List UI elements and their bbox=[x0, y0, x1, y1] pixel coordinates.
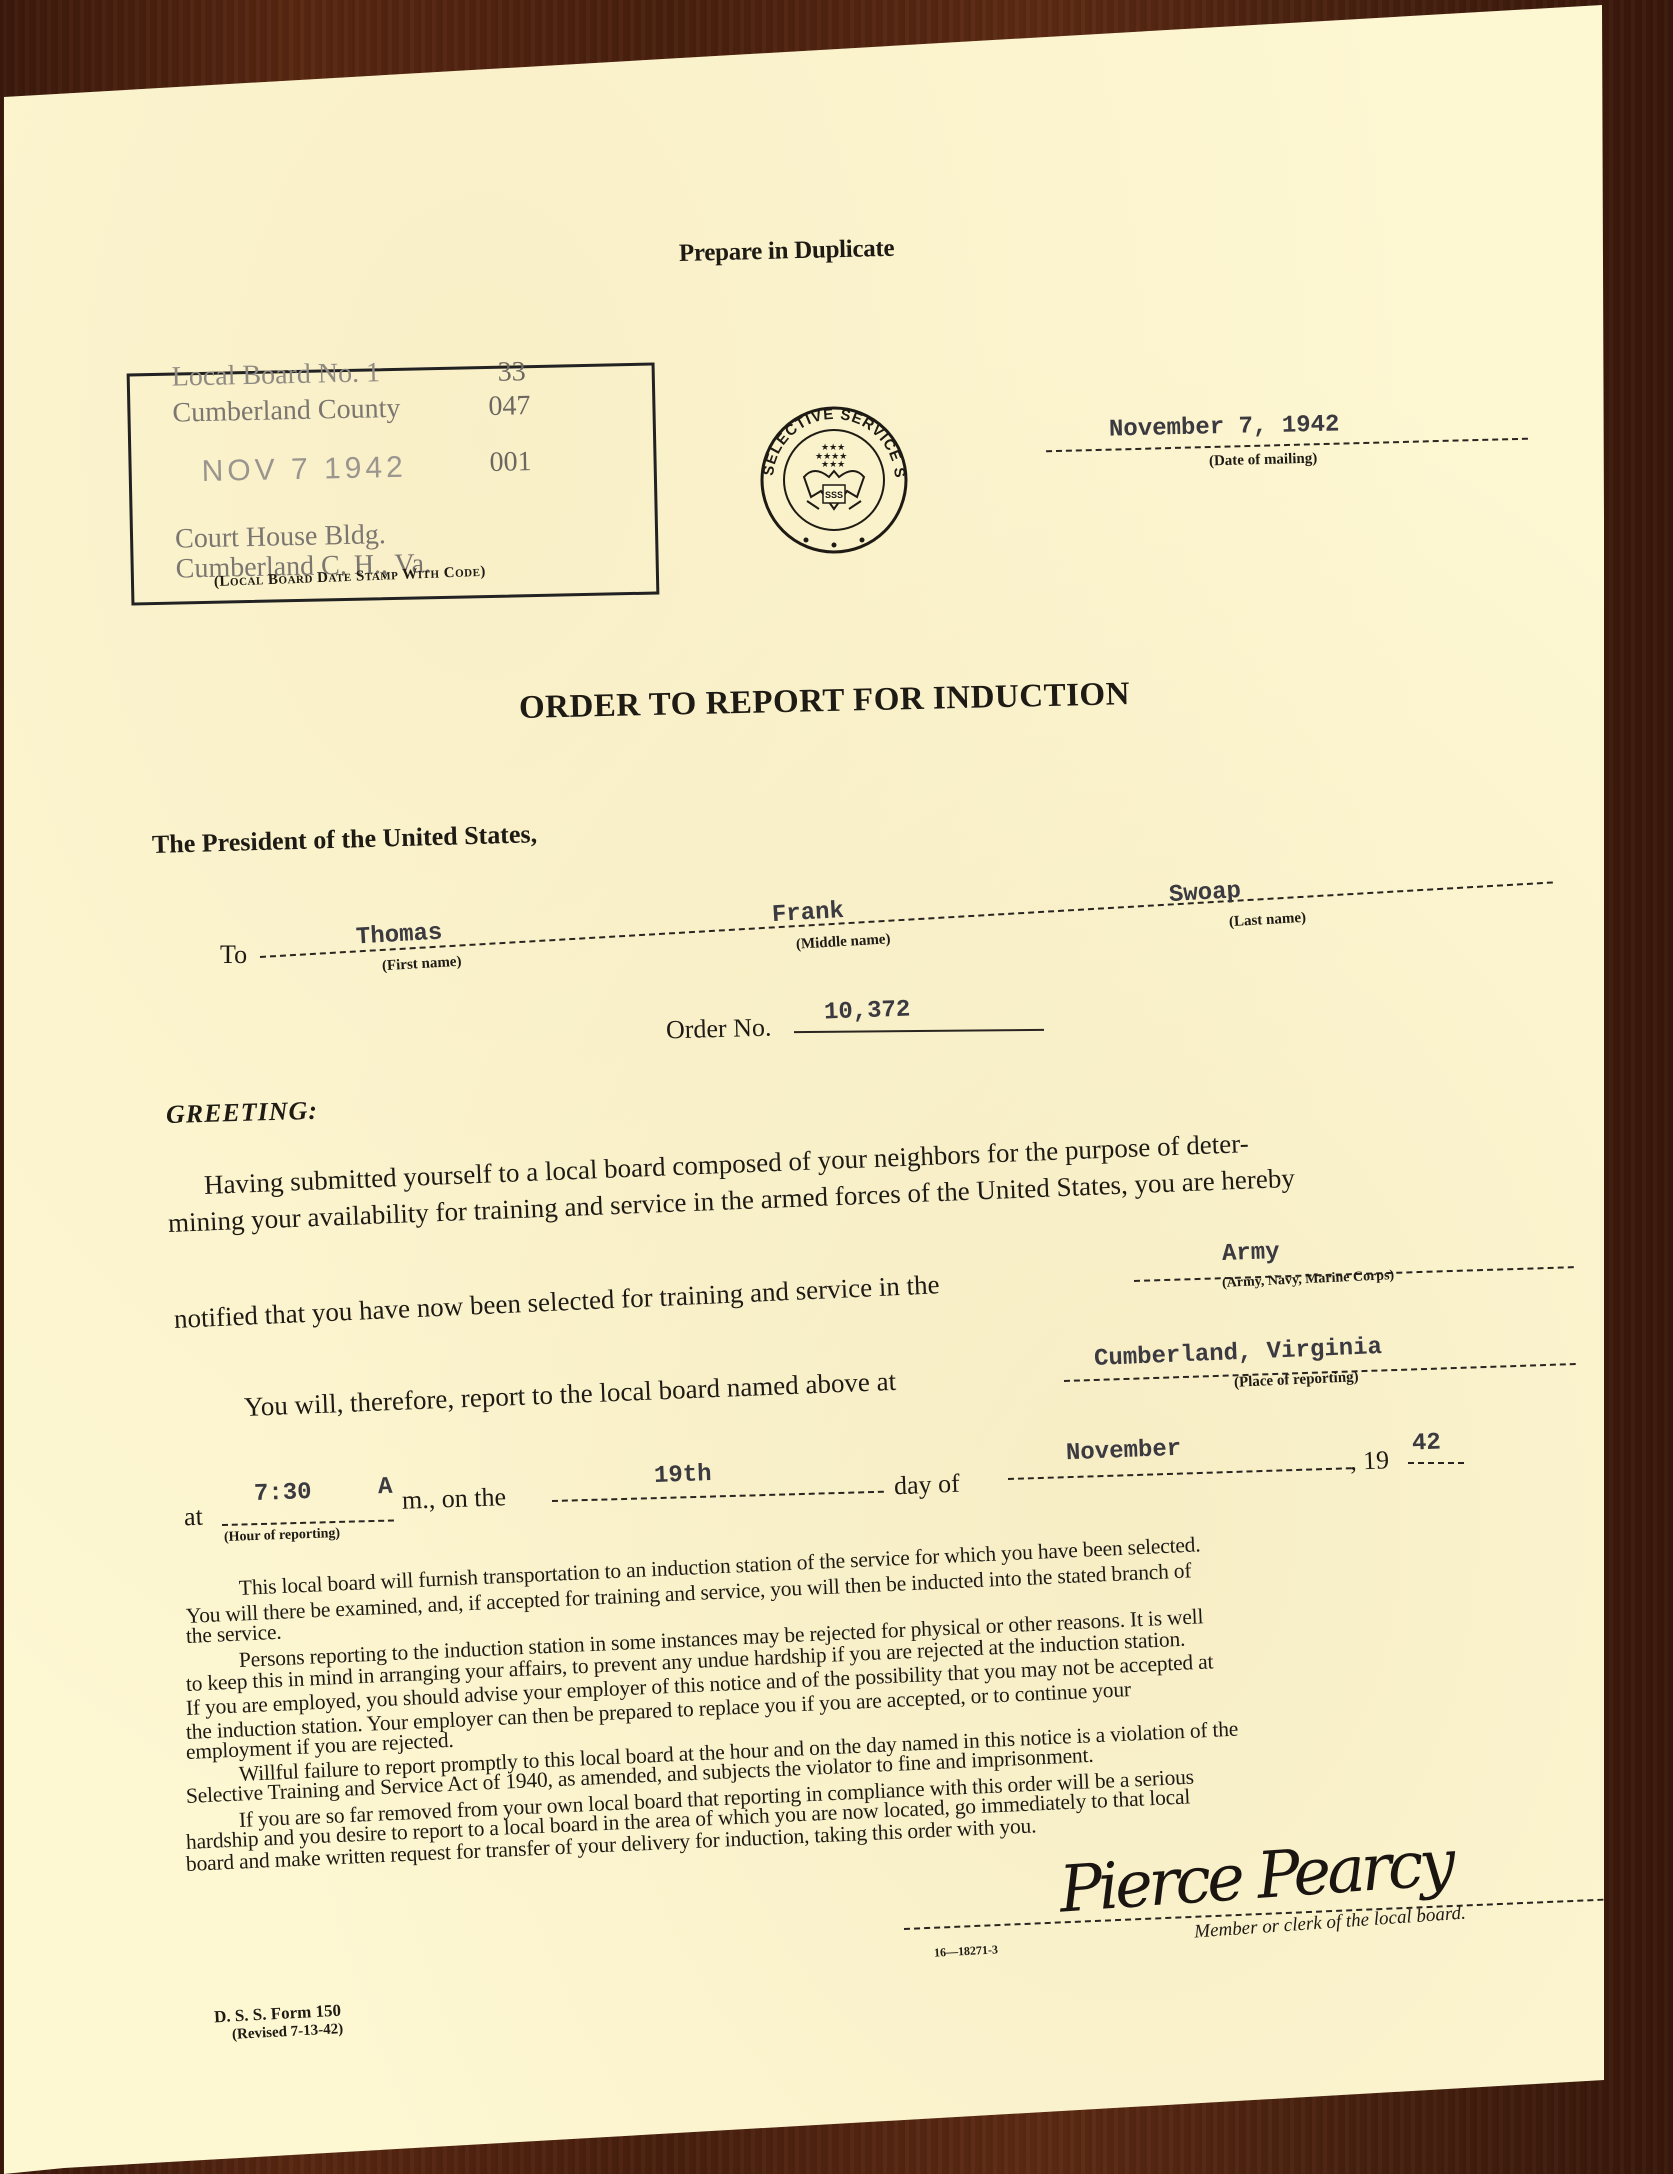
at-label: at bbox=[183, 1502, 203, 1533]
stamp-county: Cumberland County bbox=[172, 393, 400, 430]
page-title: ORDER TO REPORT FOR INDUCTION bbox=[519, 676, 1131, 727]
to-label: To bbox=[220, 940, 247, 970]
date-of-mailing-value: November 7, 1942 bbox=[1109, 411, 1340, 443]
hour-line bbox=[222, 1519, 394, 1526]
middle-name-caption: (Middle name) bbox=[796, 931, 891, 953]
salutation: The President of the United States, bbox=[152, 819, 538, 860]
prepare-in-duplicate-note: Prepare in Duplicate bbox=[679, 235, 895, 268]
order-number-label: Order No. bbox=[666, 1013, 772, 1046]
last-name-value: Swoap bbox=[1168, 878, 1241, 909]
stamp-code-3: 001 bbox=[489, 446, 532, 479]
eagle-seal-icon: SELECTIVE SERVICE SYSTEM ★★★ ★★★★ ★★★ SS… bbox=[749, 405, 919, 555]
stamp-date: NOV 7 1942 bbox=[201, 451, 407, 489]
order-number-value: 10,372 bbox=[824, 997, 911, 1027]
greeting-heading: GREETING: bbox=[166, 1096, 319, 1130]
branch-caption: (Army, Navy, Marine Corps) bbox=[1222, 1268, 1395, 1292]
hour-value: 7:30 bbox=[254, 1479, 313, 1508]
place-value: Cumberland, Virginia bbox=[1094, 1334, 1383, 1373]
middle-name-value: Frank bbox=[771, 898, 844, 929]
ampm-typed-value: A bbox=[378, 1474, 393, 1501]
year-suffix-value: 42 bbox=[1411, 1429, 1441, 1457]
branch-value: Army bbox=[1222, 1239, 1281, 1268]
day-line bbox=[552, 1491, 884, 1502]
order-number-line bbox=[794, 1029, 1044, 1033]
svg-text:★★★: ★★★ bbox=[821, 460, 845, 470]
name-line bbox=[260, 881, 1553, 958]
month-value: November bbox=[1066, 1436, 1182, 1468]
date-of-mailing-caption: (Date of mailing) bbox=[1209, 451, 1318, 471]
day-value: 19th bbox=[654, 1461, 713, 1490]
local-board-date-stamp: Local Board No. 1 Cumberland County NOV … bbox=[127, 362, 660, 605]
day-of-label: day of bbox=[893, 1469, 960, 1502]
paragraph1-line3: notified that you have now been selected… bbox=[173, 1269, 940, 1335]
report-line: You will, therefore, report to the local… bbox=[243, 1366, 896, 1423]
stamp-code-2: 047 bbox=[488, 390, 531, 423]
induction-order-document: Prepare in Duplicate Local Board No. 1 C… bbox=[4, 0, 1604, 2174]
first-name-caption: (First name) bbox=[382, 954, 462, 976]
instruction-line: the service. bbox=[185, 1620, 282, 1649]
first-name-value: Thomas bbox=[355, 920, 443, 952]
print-code: 16—18271-3 bbox=[934, 1942, 999, 1960]
year-line bbox=[1408, 1462, 1464, 1464]
stamp-code-1: 33 bbox=[497, 356, 526, 389]
hour-caption: (Hour of reporting) bbox=[224, 1526, 341, 1546]
place-caption: (Place of reporting) bbox=[1234, 1369, 1359, 1392]
stamp-board-number: Local Board No. 1 bbox=[171, 357, 380, 393]
svg-text:SSS: SSS bbox=[825, 490, 843, 500]
ampm-suffix-label: m., on the bbox=[402, 1482, 507, 1516]
year-prefix-label: , 19 bbox=[1349, 1445, 1389, 1477]
month-line bbox=[1008, 1467, 1352, 1480]
last-name-caption: (Last name) bbox=[1229, 910, 1307, 931]
